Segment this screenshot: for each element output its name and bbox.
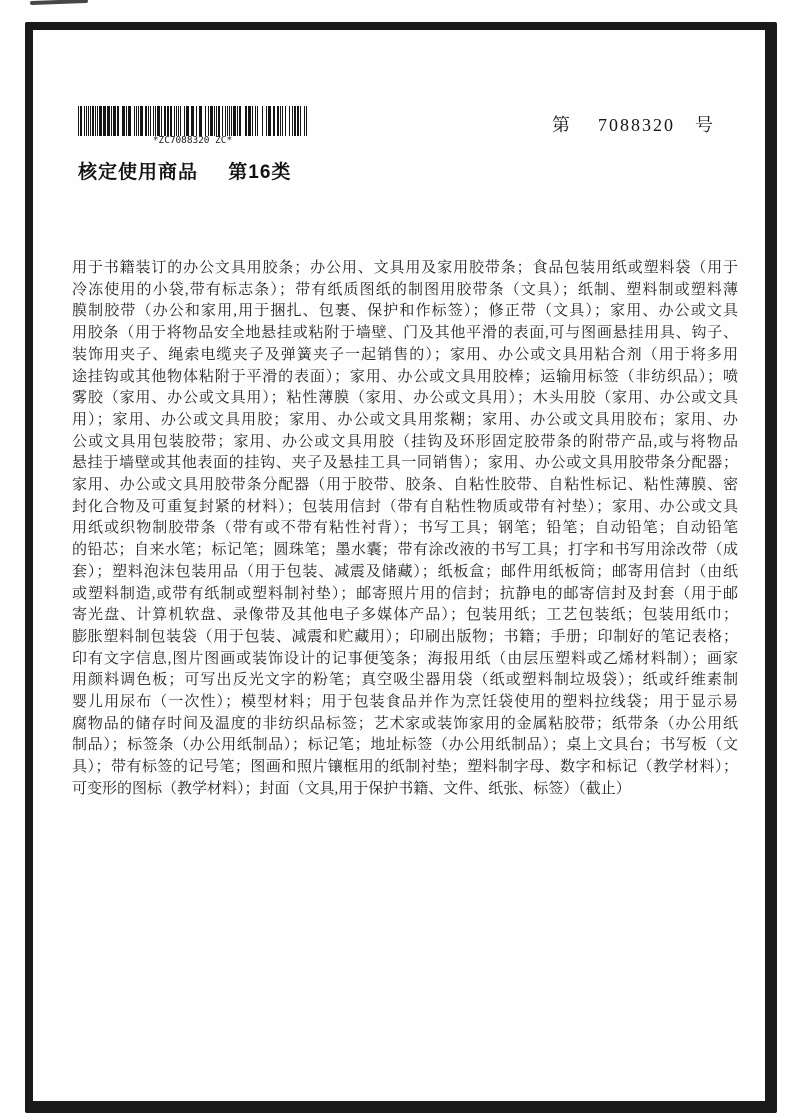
barcode-bar <box>248 106 251 136</box>
goods-list-line: 的铅芯；自来水笔；标记笔；圆珠笔；墨水囊；带有涂改液的书写工具；打字和书写用涂改… <box>72 540 738 562</box>
barcode-bar <box>113 106 116 136</box>
barcode-bar <box>280 106 281 136</box>
certificate-page: *ZC7088320 ZC* 第 7088320 号 核定使用商品 第16类 用… <box>0 0 790 1118</box>
goods-list-line: 制品）；标签条（办公用纸制品）；标记笔；地址标签（办公用纸制品）；桌上文具台；书… <box>72 735 738 757</box>
barcode-bar <box>161 106 162 136</box>
goods-list-line: 腐物品的储存时间及温度的非纺织品标签；艺术家或装饰家用的金属粘胶带；纸带条（办公… <box>72 714 738 736</box>
barcode-bar <box>196 106 197 136</box>
section-title: 核定使用商品 第16类 <box>78 157 291 184</box>
barcode-bar <box>225 106 226 136</box>
barcode-bar <box>78 106 79 136</box>
goods-list-line: 可变形的图标（教学材料）；封面（文具,用于保护书籍、文件、纸张、标签）（截止） <box>72 779 738 801</box>
barcode-bar <box>233 106 236 136</box>
goods-list-line: 公或文具用包装胶带；家用、办公或文具用胶（挂钩及环形固定胶带条的附带产品,或与将… <box>72 432 738 454</box>
goods-list-line: 家用、办公或文具用胶带条分配器（用于胶带、胶条、自粘性胶带、自粘性标记、粘性薄膜… <box>72 475 738 497</box>
barcode-bar <box>128 106 131 136</box>
barcode-bar <box>300 106 301 136</box>
barcode-bar <box>103 106 106 136</box>
goods-list-line: 雾胶（家用、办公或文具用）；粘性薄膜（家用、办公或文具用）；木头用胶（家用、办公… <box>72 388 738 410</box>
barcode-bar <box>145 106 147 136</box>
barcode-bar <box>186 106 189 136</box>
barcode-bar <box>138 106 139 136</box>
barcode-bar <box>164 106 166 136</box>
goods-list-paragraph: 用于书籍装订的办公文具用胶条；办公用、文具用及家用胶带条；食品包装用纸或塑料袋（… <box>72 258 738 801</box>
barcode-bar <box>297 106 299 136</box>
barcode-bar <box>95 106 96 136</box>
barcode-bar <box>191 106 194 136</box>
barcode-text: *ZC7088320 ZC* <box>85 135 300 146</box>
barcode-bar <box>136 106 137 136</box>
barcode-bar <box>294 106 296 136</box>
barcode-bar <box>150 106 151 136</box>
barcode-bar <box>176 106 177 136</box>
barcode-bar <box>126 106 127 136</box>
barcode-bar <box>282 106 283 136</box>
barcode-bar <box>262 106 263 136</box>
barcode-bar <box>199 106 202 136</box>
barcode-bar <box>170 106 172 136</box>
barcode-bar <box>214 106 215 136</box>
registration-prefix: 第 <box>552 111 570 137</box>
barcode-bar <box>155 106 156 136</box>
barcode-bar <box>289 106 290 136</box>
barcode-bar <box>122 106 125 136</box>
goods-list-line: 婴儿用尿布（一次性）；模型材料；用于包装食品并作为烹饪袋使用的塑料拉线袋；用于显… <box>72 692 738 714</box>
goods-list-line: 寄光盘、计算机软盘、录像带及其他电子多媒体产品）；包装用纸；工艺包装纸；包装用纸… <box>72 605 738 627</box>
barcode-bar <box>167 106 169 136</box>
barcode-bar <box>178 106 179 136</box>
goods-list-line: 用颜料调色板；可写出反光文字的粉笔；真空吸尘器用袋（纸或塑料制垃圾袋）；纸或纤维… <box>72 670 738 692</box>
barcode-bar <box>227 106 228 136</box>
goods-list-line: 用纸或织物制胶带条（带有或不带有粘性衬背）；书写工具；钢笔；铅笔；自动铅笔；自动… <box>72 518 738 540</box>
barcode-bar <box>231 106 232 136</box>
barcode-bar <box>205 106 206 136</box>
goods-list-line: 悬挂于墙壁或其他表面的挂钩、夹子及悬挂工具一同销售）；家用、办公或文具用胶带条分… <box>72 453 738 475</box>
scan-artifact <box>30 0 88 5</box>
barcode-bar <box>180 106 181 136</box>
barcode-bar <box>252 106 253 136</box>
goods-list-line: 途挂钩或其他物体粘附于平滑的表面）；家用、办公或文具用胶棒；运输用标签（非纺织品… <box>72 367 738 389</box>
barcode-bar <box>222 106 223 136</box>
barcode-bar <box>153 106 154 136</box>
barcode-bar <box>239 106 241 136</box>
barcode-bar <box>292 106 293 136</box>
barcode-bar <box>266 106 267 136</box>
barcode-bar <box>86 106 87 136</box>
goods-list-line: 具）；带有标签的记号笔；图画和照片镶框用的纸制衬垫；塑料制字母、数字和标记（教学… <box>72 757 738 779</box>
barcode-bar <box>88 106 89 136</box>
barcode-bar <box>268 106 271 136</box>
barcode-bar <box>107 106 110 136</box>
barcode-bar <box>90 106 91 136</box>
barcode-bar <box>134 106 135 136</box>
goods-list-line: 膜制胶带（办公和家用,用于捆扎、包裹、保护和作标签）；修正带（文具）；家用、办公… <box>72 301 738 323</box>
barcode-bar <box>117 106 119 136</box>
barcode-bar <box>245 106 247 136</box>
barcode-bar <box>304 106 305 136</box>
class-label: 第16类 <box>228 162 291 183</box>
registration-suffix: 号 <box>695 111 713 137</box>
barcode-bar <box>216 106 217 136</box>
goods-list-line: 用胶条（用于将物品安全地悬挂或粘附于墙壁、门及其他平滑的表面,可与图画悬挂用具、… <box>72 323 738 345</box>
goods-list-line: 或塑料制造,或带有纸制或塑料制衬垫）；邮寄照片用的信封；抗静电的邮寄信封及封套（… <box>72 584 738 606</box>
barcode-bar <box>218 106 220 136</box>
barcode-bar <box>306 106 307 136</box>
goods-list-line: 用于书籍装订的办公文具用胶条；办公用、文具用及家用胶带条；食品包装用纸或塑料袋（… <box>72 258 738 280</box>
barcode-bar <box>97 106 98 136</box>
barcode-bar <box>184 106 185 136</box>
goods-list-line: 套）；塑料泡沫包装用品（用于包装、减震及储藏）；纸板盒；邮件用纸板筒；邮寄用信封… <box>72 562 738 584</box>
goods-list-line: 印有文字信息,图片图画或装饰设计的记事便笺条；海报用纸（由层压塑料或乙烯材料制）… <box>72 649 738 671</box>
barcode-bar <box>80 106 82 136</box>
barcode-bar <box>273 106 275 136</box>
goods-list-line: 用）；家用、办公或文具用胶；家用、办公或文具用浆糊；家用、办公或文具用胶布；家用… <box>72 410 738 432</box>
barcode-bar <box>257 106 258 136</box>
barcode-bar <box>174 106 175 136</box>
barcode-bar <box>157 106 160 136</box>
registration-digits: 7088320 <box>598 115 675 136</box>
barcode-bar <box>99 106 102 136</box>
barcode-bar <box>285 106 286 136</box>
barcode <box>78 106 307 136</box>
barcode-bar <box>229 106 230 136</box>
barcode-bar <box>84 106 85 136</box>
goods-list-line: 冷冻使用的小袋,带有标志条）；带有纸质图纸的制图用胶带条（文具）；纸制、塑料制或… <box>72 280 738 302</box>
goods-list-line: 封化合物及可重复封紧的材料）；包装用信封（带有自粘性物质或带有衬垫）；家用、办公… <box>72 497 738 519</box>
barcode-bar <box>208 106 209 136</box>
barcode-bar <box>111 106 112 136</box>
barcode-bar <box>255 106 256 136</box>
goods-list-line: 膨胀塑料制包装袋（用于包装、减震和贮藏用）；印刷出版物；书籍；手册；印制好的笔记… <box>72 627 738 649</box>
barcode-bar <box>148 106 149 136</box>
barcode-bar <box>92 106 94 136</box>
goods-list-line: 装饰用夹子、绳索电缆夹子及弹簧夹子一起销售的）；家用、办公或文具用粘合剂（用于将… <box>72 345 738 367</box>
barcode-bar <box>140 106 143 136</box>
barcode-bar <box>277 106 279 136</box>
section-title-label: 核定使用商品 <box>78 162 198 183</box>
barcode-bar <box>237 106 238 136</box>
registration-number: 第 7088320 号 <box>552 111 713 137</box>
barcode-bar <box>210 106 213 136</box>
